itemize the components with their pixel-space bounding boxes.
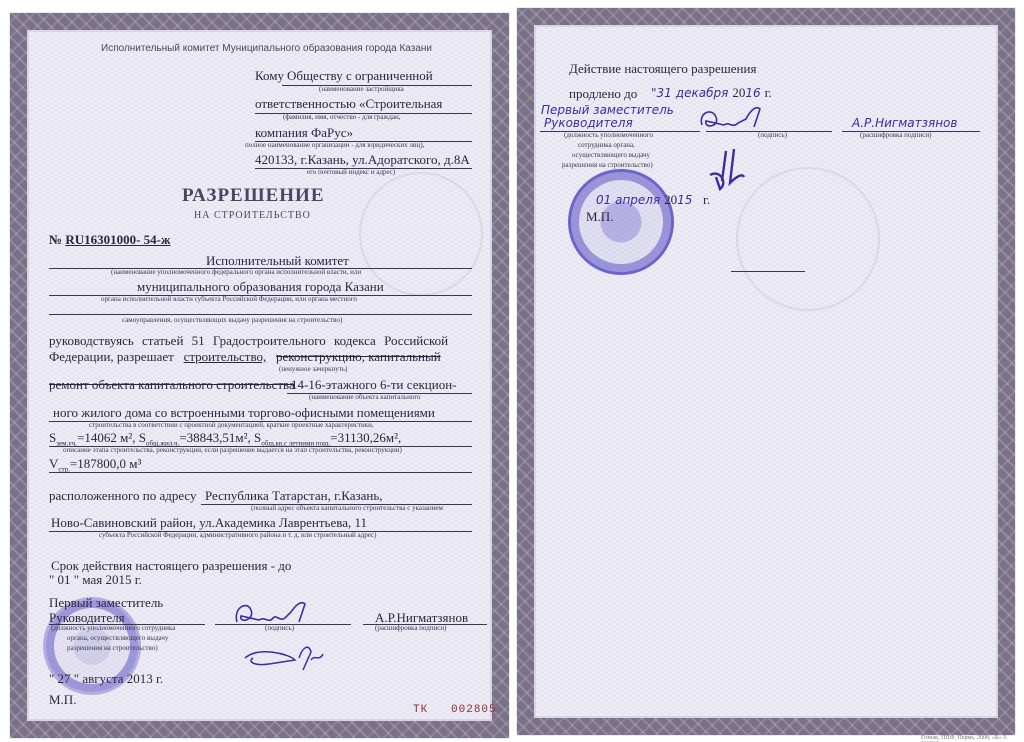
body-line-1: руководствуясь статьей 51 Градостроитель… bbox=[49, 333, 448, 349]
building-volume: Vстр.=187800,0 м³ bbox=[49, 456, 141, 474]
address-hint-2: субъекта Российской Федерации, администр… bbox=[99, 531, 376, 539]
signer-name-hand: А.Р.Нигматзянов bbox=[852, 116, 957, 130]
object-name-line-1: 14-16-этажного 6-ти секцион- bbox=[291, 377, 456, 393]
initials-signature bbox=[706, 147, 756, 197]
signer-position-hint-2: органа, осуществляющего выдачу bbox=[67, 634, 168, 642]
recipient-address: 420133, г.Казань, ул.Адоратского, д.8А bbox=[255, 152, 470, 168]
signer-position-hint-2: сотрудника органа, bbox=[578, 141, 635, 149]
document-title: РАЗРЕШЕНИЕ bbox=[182, 185, 325, 207]
work-type-selected: строительство, bbox=[184, 349, 267, 364]
authority-line-1: Исполнительный комитет bbox=[206, 253, 349, 269]
number-label: № bbox=[49, 232, 62, 247]
signer-position-hand-line-2: Руководителя bbox=[544, 116, 633, 130]
address-line-2: Ново-Савиновский район, ул.Академика Лав… bbox=[51, 515, 367, 531]
watermark-emblem bbox=[359, 172, 483, 296]
authority-hint-1: (наименование уполномоченного федерально… bbox=[111, 268, 361, 276]
body-line-2-prefix: Федерации, разрешает bbox=[49, 349, 174, 364]
project-characteristics: Sзем.уч.=14062 м², Sобщ.жил.ч.=38843,51м… bbox=[49, 430, 401, 448]
extended-until-label: продлено до bbox=[569, 86, 637, 102]
address-label: расположенного по адресу bbox=[49, 488, 197, 504]
authority-hint-2: органа исполнительной власти субъекта Ро… bbox=[101, 295, 357, 303]
seal-label-back: М.П. bbox=[586, 209, 613, 225]
address-line-1: Республика Татарстан, г.Казань, bbox=[205, 488, 383, 504]
object-hint-3: описание этапа строительства, реконструк… bbox=[63, 446, 402, 454]
address-hint-1: (полный адрес объекта капитального строи… bbox=[251, 504, 443, 512]
recipient-hint-1: (наименование застройщика bbox=[319, 85, 404, 93]
extension-sign-date: 01 апреля 2015 г. bbox=[596, 191, 710, 209]
recipient-hint-2: (фамилия, имя, отчество - для граждан, bbox=[283, 113, 401, 121]
permit-back-body: Действие настоящего разрешения продлено … bbox=[534, 25, 998, 718]
printer-imprint: Гознак, ППФ, Пермь, 2008, «Б» З. 116860 bbox=[921, 735, 1015, 742]
signature-hint: (подпись) bbox=[758, 131, 787, 139]
object-hint-1: (наименование объекта капитального bbox=[309, 393, 421, 401]
work-type-hint: (ненужное зачеркнуть) bbox=[279, 365, 347, 373]
signer-position-hand-line-1: Первый заместитель bbox=[541, 103, 674, 117]
signature-hint: (подпись) bbox=[265, 624, 294, 632]
signer-position-hint-4: разрешения на строительство) bbox=[562, 161, 653, 169]
object-hint-2: строительства в соответствии с проектной… bbox=[89, 421, 374, 429]
seal-label: М.П. bbox=[49, 692, 76, 708]
signer-name-hint: (расшифровка подписи) bbox=[860, 131, 931, 139]
official-seal-stamp-back bbox=[568, 169, 674, 275]
recipient-line-3: компания ФаРус» bbox=[255, 125, 353, 141]
form-serial-number: ТК 002805 bbox=[413, 704, 497, 716]
authority-line-2: муниципального образования города Казани bbox=[137, 279, 384, 295]
document-subtitle: НА СТРОИТЕЛЬСТВО bbox=[194, 210, 311, 221]
signer-position-hint-3: осуществляющего выдачу bbox=[572, 151, 650, 159]
watermark-emblem-back bbox=[736, 167, 880, 311]
object-name-line-2: ного жилого дома со встроенными торгово-… bbox=[53, 405, 435, 421]
recipient-line-1: Обществу с ограниченной bbox=[287, 68, 433, 84]
extended-until-date: "31 декабря 2016 г. bbox=[651, 84, 772, 102]
signer-position-hint-3: разрешения на строительство) bbox=[67, 644, 158, 652]
signer-position-hint-1: (должность уполномоченного bbox=[564, 131, 653, 139]
signer-position-hint-1: (должность уполномоченного сотрудника bbox=[51, 624, 175, 632]
to-label: Кому bbox=[255, 68, 284, 84]
issuer-header: Исполнительный комитет Муниципального об… bbox=[101, 43, 432, 54]
permit-front-body: Исполнительный комитет Муниципального об… bbox=[27, 30, 492, 721]
authority-hint-3: самоуправления, осуществляющих выдачу ра… bbox=[122, 316, 342, 324]
recipient-line-2: ответственностью «Строительная bbox=[255, 96, 442, 112]
permit-number: RU16301000- 54-ж bbox=[65, 232, 170, 247]
signer-position-line-1: Первый заместитель bbox=[49, 595, 163, 611]
issue-date: " 27 " августа 2013 г. bbox=[49, 671, 163, 687]
work-type-struck-2: ремонт объекта капитального строительств… bbox=[49, 377, 295, 392]
permit-page-front: Исполнительный комитет Муниципального об… bbox=[10, 13, 509, 738]
permit-page-back: Действие настоящего разрешения продлено … bbox=[517, 8, 1015, 735]
recipient-hint-3: полное наименование организации - для юр… bbox=[245, 141, 424, 149]
signer-name-hint: (расшифровка подписи) bbox=[375, 624, 446, 632]
extension-title: Действие настоящего разрешения bbox=[569, 61, 756, 77]
validity-date: " 01 " мая 2015 г. bbox=[49, 572, 142, 588]
work-type-struck: реконструкцию, капитальный bbox=[276, 349, 441, 364]
signature-2 bbox=[239, 640, 339, 680]
recipient-hint-4: его почтовый индекс и адрес) bbox=[307, 168, 395, 176]
